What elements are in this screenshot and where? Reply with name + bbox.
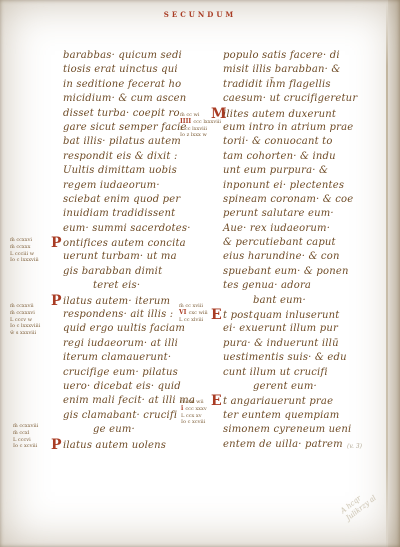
manuscript-line: populo satis facere· di <box>223 49 375 63</box>
margin-gloss-canon: m̄ cc wiIIII ccc lxxxviiiL cc lxxviiiIo … <box>180 112 221 139</box>
manuscript-line: tiosis erat uinctus qui <box>63 63 215 77</box>
manuscript-line: sciebat enim quod per <box>63 193 215 207</box>
manuscript-line: uero· dicebat eis· quid <box>63 380 215 394</box>
gloss-line: Io c lxxxviiii <box>10 323 40 330</box>
manuscript-line: Milites autem duxerunt <box>223 107 375 121</box>
gloss-line: IIII ccc lxxxviii <box>180 119 221 126</box>
gloss-line: m̄ ccxl <box>13 430 38 437</box>
manuscript-line: quid ergo uultis faciam <box>63 322 215 336</box>
manuscript-line: gis barabban dimit <box>63 265 215 279</box>
running-title: SECUNDUM <box>0 10 400 19</box>
manuscript-line: Uultis dimittam uobis <box>63 164 215 178</box>
gloss-line: m̄ ccxxviii <box>13 423 38 430</box>
manuscript-line: Aue· rex iudaeorum· <box>223 222 375 236</box>
manuscript-line: teret eis· <box>63 279 215 293</box>
gloss-line: VI cxc wiii <box>179 310 208 317</box>
gloss-line: m̄ ccxxxvi <box>10 310 40 317</box>
manuscript-line: ei· exuerunt illum pur <box>223 322 375 336</box>
manuscript-line: gerent eum· <box>223 380 375 394</box>
manuscript-line: uerunt turbam· ut ma <box>63 250 215 264</box>
gloss-line: L cccv w <box>10 317 40 324</box>
manuscript-line: Pontifices autem concita <box>63 236 215 250</box>
manuscript-line: crucifige eum· pilatus <box>63 366 215 380</box>
gloss-line: Io c xcviii <box>13 443 38 450</box>
gloss-line: m̄ ccxxvi <box>10 237 39 244</box>
gloss-line: L ccciii w <box>10 251 39 258</box>
manuscript-line: regi iudaeorum· at illi <box>63 337 215 351</box>
manuscript-line: pura· & induerunt illū <box>223 337 375 351</box>
manuscript-line: ter euntem quempiam <box>223 409 375 423</box>
manuscript-line: bant eum· <box>223 294 375 308</box>
manuscript-line: tes genua· adora <box>223 279 375 293</box>
margin-gloss-canon: m̄ ccxxviim̄ ccxxxviL cccv wIo c lxxxvii… <box>10 303 40 337</box>
manuscript-line: simonem cyreneum ueni <box>223 423 375 437</box>
manuscript-line: Et angariauerunt prae <box>223 394 375 408</box>
manuscript-line: tam cohorten· & indu <box>223 150 375 164</box>
gloss-line: L cc lxxviii <box>180 126 221 133</box>
gloss-line: L cc xlviii <box>179 317 208 324</box>
manuscript-line: Pilatus autem uolens <box>63 438 215 452</box>
page-edge-line <box>386 0 388 547</box>
manuscript-line: cunt illum ut crucifi <box>223 366 375 380</box>
gloss-line: i ccc xxxv <box>181 406 207 413</box>
gloss-line: m̄ ccxxvii <box>10 303 40 310</box>
gloss-line: Io c lxxxviii <box>10 257 39 264</box>
page-edge-shadow <box>388 0 400 547</box>
manuscript-line: barabbas· quicum sedi <box>63 49 215 63</box>
manuscript-line: spineam coronam· & coe <box>223 193 375 207</box>
left-text-column: barabbas· quicum seditiosis erat uinctus… <box>63 49 215 452</box>
manuscript-line: & percutiebant caput <box>223 236 375 250</box>
manuscript-line: iterum clamauerunt· <box>63 351 215 365</box>
right-text-column: populo satis facere· dimisit illis barab… <box>223 49 375 452</box>
gloss-line: Io c xcviii <box>181 419 207 426</box>
manuscript-line: spuebant eum· & ponen <box>223 265 375 279</box>
manuscript-line: in seditione fecerat ho <box>63 78 215 92</box>
manuscript-line: misit illis barabban· & <box>223 63 375 77</box>
manuscript-line: eum· summi sacerdotes· <box>63 222 215 236</box>
canon-numeral-red: VI <box>179 309 189 316</box>
gloss-line: m̄ ccxxx <box>10 244 39 251</box>
manuscript-line: inponunt ei· plectentes <box>223 179 375 193</box>
manuscript-line: respondit eis & dixit : <box>63 150 215 164</box>
margin-gloss-canon: m̄ ccxxvim̄ ccxxxL ccciii wIo c lxxxviii <box>10 237 39 264</box>
manuscript-line: caesum· ut crucifigeretur <box>223 92 375 106</box>
manuscript-line: tradidit ih̄m flagellis <box>223 78 375 92</box>
manuscript-line: Et postquam inluserunt <box>223 308 375 322</box>
manuscript-line: uestimentis suis· & edu <box>223 351 375 365</box>
gloss-line: Io z lxxx w <box>180 132 221 139</box>
margin-gloss-canon: m̄ ccxxviiim̄ ccxlL cccviIo c xcviii <box>13 423 38 450</box>
manuscript-line: torii· & conuocant to <box>223 135 375 149</box>
manuscript-line: regem iudaeorum· <box>63 179 215 193</box>
gloss-line: L ccx xv <box>181 413 207 420</box>
manuscript-line: perunt salutare eum· <box>223 207 375 221</box>
gloss-line: L cccvi <box>13 437 38 444</box>
canon-numeral-red: i <box>181 405 185 412</box>
margin-gloss-canon: m̄ cxl wiii ccc xxxvL ccx xvIo c xcviii <box>181 399 207 426</box>
manuscript-line: unt eum purpura· & <box>223 164 375 178</box>
margin-gloss-canon: m̄ cc xviiiVI cxc wiiiL cc xlviii <box>179 303 208 323</box>
manuscript-line: eius harundine· & con <box>223 250 375 264</box>
manuscript-line: eum intro in atrium prae <box>223 121 375 135</box>
canon-numeral-red: IIII <box>180 118 193 125</box>
gloss-line: w̄ s xxxviii <box>10 330 40 337</box>
pencil-corner-scribble: A hcqr Julikrzy al <box>339 487 378 523</box>
manuscript-line: micidium· & cum ascen <box>63 92 215 106</box>
pencil-folio-note: (v. 3) <box>347 443 362 450</box>
manuscript-line: inuidiam tradidissent <box>63 207 215 221</box>
manuscript-page: SECUNDUM barabbas· quicum seditiosis era… <box>0 0 400 547</box>
